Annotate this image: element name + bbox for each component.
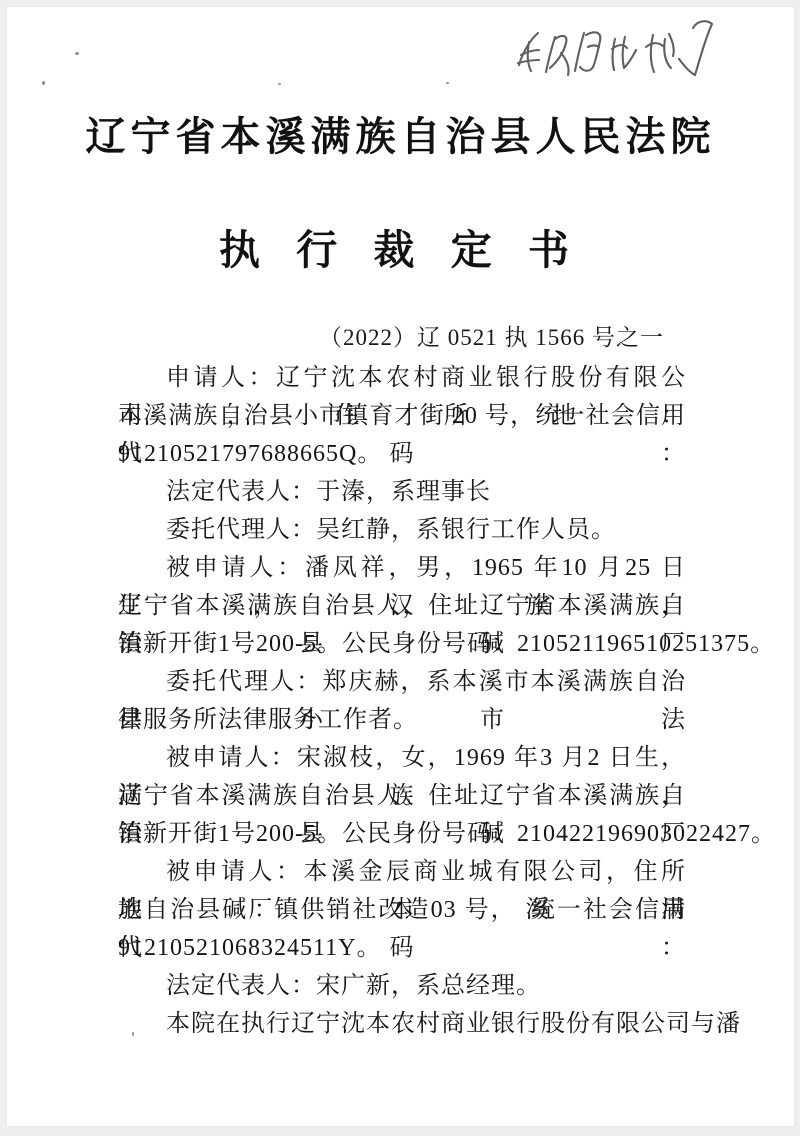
- handwritten-annotation: [505, 17, 720, 89]
- body-line: 法定代表人：宋广新，系总经理。: [118, 967, 686, 1005]
- body-line: 本院在执行辽宁沈本农村商业银行股份有限公司与潘: [118, 1005, 686, 1043]
- body-line: 法定代表人：于溱，系理事长: [118, 473, 686, 511]
- document-page: 辽宁省本溪满族自治县人民法院 执 行 裁 定 书 （2022）辽 0521 执 …: [7, 7, 794, 1126]
- scan-speck: [278, 83, 281, 85]
- body-line: 委托代理人：郑庆赫，系本溪市本溪满族自治县小市法: [118, 663, 686, 701]
- court-name: 辽宁省本溪满族自治县人民法院: [7, 105, 794, 162]
- body-line: 镇新开街1号200-5。公民身份号码：210422196903022427。: [118, 815, 686, 853]
- handwriting-scribble-icon: [505, 17, 720, 89]
- doc-title: 执 行 裁 定 书: [7, 217, 794, 276]
- body-line: 辽宁省本溪满族自治县人。住址辽宁省本溪满族自治县碱厂: [118, 777, 686, 815]
- scan-speck: [132, 1032, 134, 1036]
- body-line: 镇新开街1号200-5。公民身份号码：210521196510251375。: [118, 625, 686, 663]
- body-line: 被申请人：潘凤祥，男，1965 年10 月25 日生，汉族，: [118, 549, 686, 587]
- body-line: 委托代理人：吴红静，系银行工作人员。: [118, 511, 686, 549]
- body-line: 族自治县碱厂镇供销社改造03 号， 统一社会信用代码：: [118, 891, 686, 929]
- case-number: （2022）辽 0521 执 1566 号之一: [319, 319, 664, 352]
- body-line: 被申请人：宋淑枝，女，1969 年3 月2 日生，满族，: [118, 739, 686, 777]
- body-line: 申请人：辽宁沈本农村商业银行股份有限公司，住所地：: [118, 359, 686, 397]
- scan-speck: [446, 82, 449, 84]
- body-line: 被申请人：本溪金辰商业城有限公司，住所地：本溪满: [118, 853, 686, 891]
- body-line: 本溪满族自治县小市镇育才街 20 号，统一社会信用代码：: [118, 397, 686, 435]
- scanned-document: { "page": { "court_name": "辽宁省本溪满族自治县人民法…: [0, 0, 800, 1136]
- body-line: 辽宁省本溪满族自治县人，住址辽宁省本溪满族自治县碱厂: [118, 587, 686, 625]
- scan-speck: [75, 52, 79, 55]
- scan-speck: [42, 81, 45, 85]
- body-text: 申请人：辽宁沈本农村商业银行股份有限公司，住所地： 本溪满族自治县小市镇育才街 …: [118, 359, 686, 1043]
